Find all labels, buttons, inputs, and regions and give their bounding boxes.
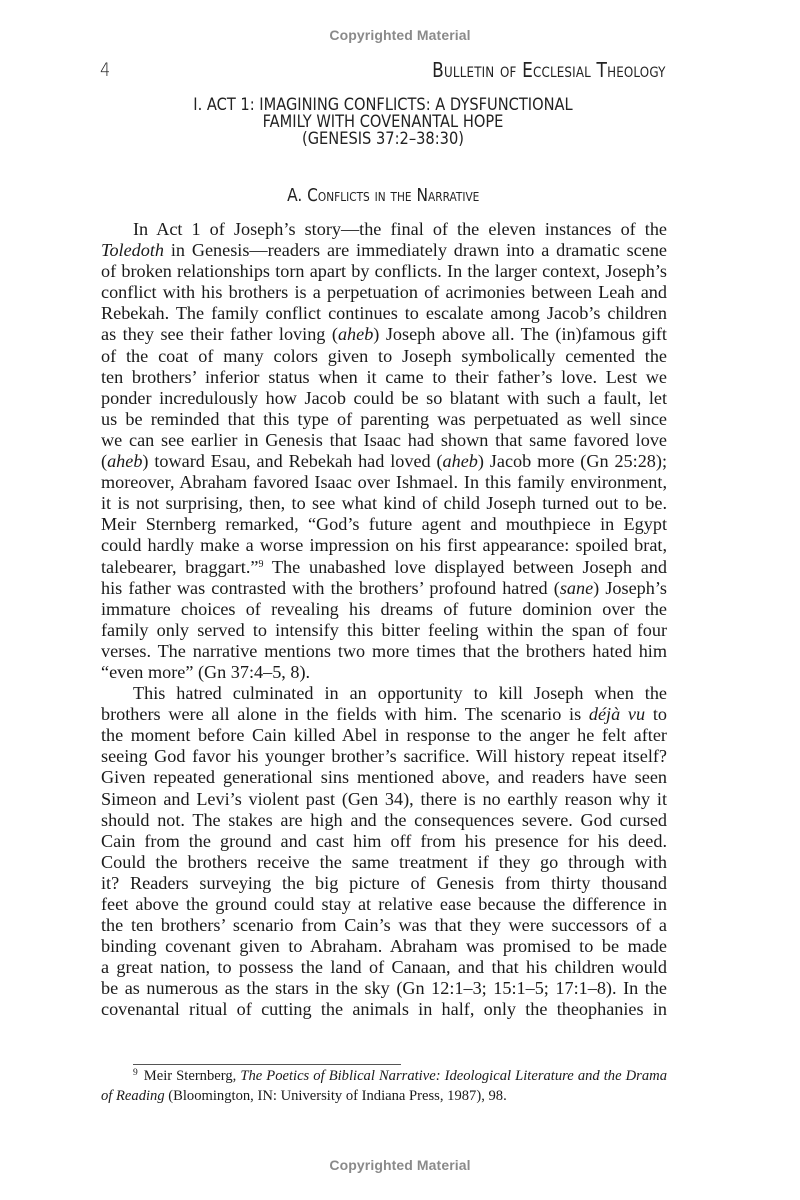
text-line: ten brothers’ inferior status when it ca… bbox=[101, 367, 667, 388]
text-line: a great nation, to possess the land of C… bbox=[101, 957, 667, 978]
copyright-watermark-bottom: Copyrighted Material bbox=[0, 1157, 800, 1173]
text-line: seeing God favor his younger brother’s s… bbox=[101, 746, 667, 767]
text-line: Cain from the ground and cast him off fr… bbox=[101, 831, 667, 852]
journal-title: Bulletin of Ecclesial Theology bbox=[433, 58, 666, 82]
text-line: Simeon and Levi’s violent past (Gen 34),… bbox=[101, 789, 667, 810]
text-line: Toledoth in Genesis—readers are immediat… bbox=[101, 240, 667, 261]
footnote-line: of Reading (Bloomington, IN: University … bbox=[101, 1086, 667, 1106]
text-line: the moment before Cain killed Abel in re… bbox=[101, 725, 667, 746]
footnote-number: 9 bbox=[133, 1068, 138, 1078]
text-line: covenantal ritual of cutting the animals… bbox=[101, 999, 667, 1020]
text-line: This hatred culminated in an opportunity… bbox=[101, 683, 667, 704]
text-line: be as numerous as the stars in the sky (… bbox=[101, 978, 667, 999]
text-line: talebearer, braggart.”9 The unabashed lo… bbox=[101, 557, 667, 578]
body-text: In Act 1 of Joseph’s story—the final of … bbox=[101, 219, 667, 1021]
text-line: it is not surprising, then, to see what … bbox=[101, 493, 667, 514]
text-line: Rebekah. The family conflict continues t… bbox=[101, 303, 667, 324]
page-number: 4 bbox=[100, 59, 110, 81]
text-line: we can see earlier in Genesis that Isaac… bbox=[101, 430, 667, 451]
subsection-heading-text: A. Conflicts in the Narrative bbox=[287, 186, 479, 206]
text-line: verses. The narrative mentions two more … bbox=[101, 641, 667, 662]
text-line: as they see their father loving (aheb) J… bbox=[101, 324, 667, 345]
subsection-heading: A. Conflicts in the Narrative bbox=[100, 186, 666, 206]
text-line: moreover, Abraham favored Isaac over Ish… bbox=[101, 472, 667, 493]
footnote-rule bbox=[133, 1064, 401, 1065]
text-line: ponder incredulously how Jacob could be … bbox=[101, 388, 667, 409]
text-line: feet above the ground could stay at rela… bbox=[101, 894, 667, 915]
text-line: the ten brothers’ scenario from Cain’s w… bbox=[101, 915, 667, 936]
text-line: In Act 1 of Joseph’s story—the final of … bbox=[101, 219, 667, 240]
text-line: of the coat of many colors given to Jose… bbox=[101, 346, 667, 367]
text-line: of broken relationships torn apart by co… bbox=[101, 261, 667, 282]
text-line: Could the brothers receive the same trea… bbox=[101, 852, 667, 873]
text-line: family only served to intensify this bit… bbox=[101, 620, 667, 641]
text-line: Given repeated generational sins mention… bbox=[101, 767, 667, 788]
text-line: could hardly make a worse impression on … bbox=[101, 535, 667, 556]
text-line: us be reminded that this type of parenti… bbox=[101, 409, 667, 430]
section-heading: I. ACT 1: IMAGINING CONFLICTS: A DYSFUNC… bbox=[100, 97, 666, 148]
text-line: immature choices of revealing his dreams… bbox=[101, 599, 667, 620]
text-line: conflict with his brothers is a perpetua… bbox=[101, 282, 667, 303]
text-line: binding covenant given to Abraham. Abrah… bbox=[101, 936, 667, 957]
text-line: brothers were all alone in the fields wi… bbox=[101, 704, 667, 725]
footnote-reference[interactable]: 9 bbox=[258, 559, 263, 570]
paragraph-1: In Act 1 of Joseph’s story—the final of … bbox=[101, 219, 667, 683]
footnote-9: 9Meir Sternberg, The Poetics of Biblical… bbox=[101, 1066, 667, 1106]
text-line: should not. The stakes are high and the … bbox=[101, 810, 667, 831]
copyright-watermark-top: Copyrighted Material bbox=[0, 27, 800, 43]
paragraph-2: This hatred culminated in an opportunity… bbox=[101, 683, 667, 1021]
text-line: it? Readers surveying the big picture of… bbox=[101, 873, 667, 894]
text-line: his father was contrasted with the broth… bbox=[101, 578, 667, 599]
section-heading-line-3: (GENESIS 37:2–38:30) bbox=[140, 131, 627, 148]
running-head: 4 Bulletin of Ecclesial Theology bbox=[100, 58, 666, 86]
footnote-line: 9Meir Sternberg, The Poetics of Biblical… bbox=[101, 1066, 667, 1086]
text-line: Meir Sternberg remarked, “God’s future a… bbox=[101, 514, 667, 535]
text-line: “even more” (Gn 37:4–5, 8). bbox=[101, 662, 667, 683]
text-line: (aheb) toward Esau, and Rebekah had love… bbox=[101, 451, 667, 472]
